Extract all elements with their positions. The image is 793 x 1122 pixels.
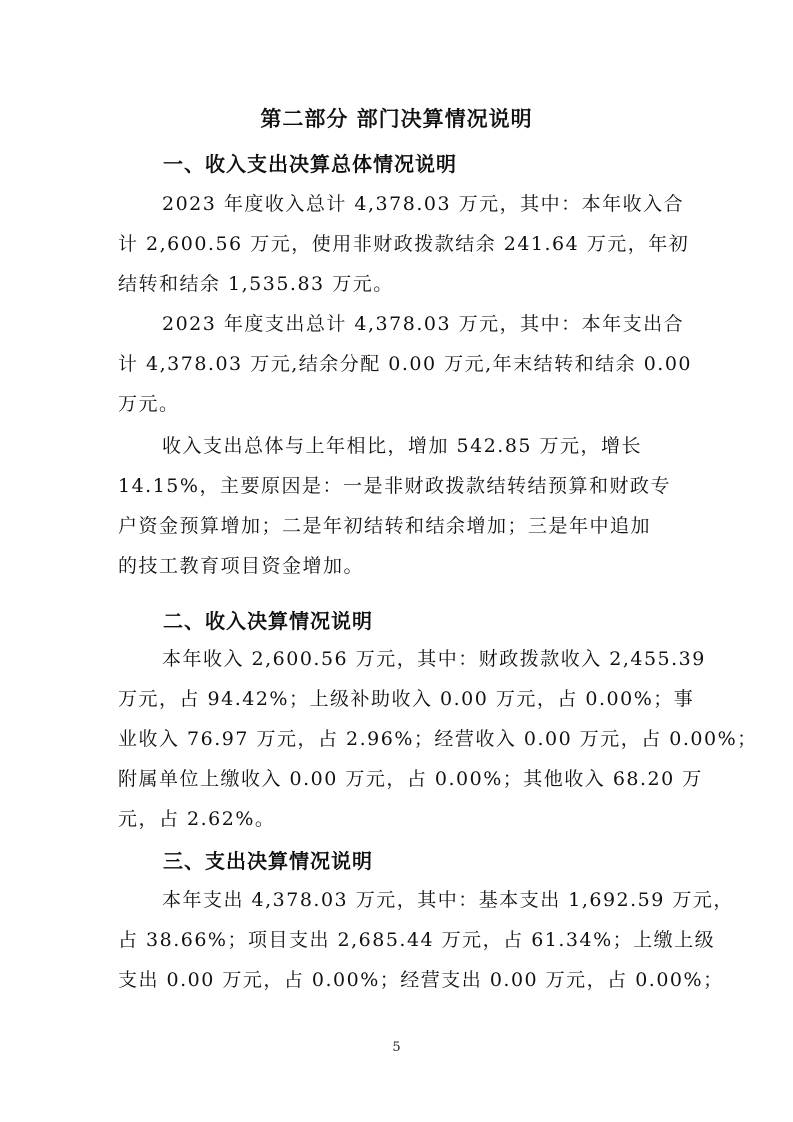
text-line: 收入支出总体与上年相比，增加 542.85 万元，增长 [118, 426, 678, 466]
paragraph-total-income: 2023 年度收入总计 4,378.03 万元，其中：本年收入合 计 2,600… [118, 184, 678, 304]
text-line: 业收入 76.97 万元，占 2.96%；经营收入 0.00 万元，占 0.00… [118, 719, 678, 759]
text-line: 计 4,378.03 万元,结余分配 0.00 万元,年末结转和结余 0.00 [118, 344, 678, 384]
paragraph-expenditure-detail: 本年支出 4,378.03 万元，其中：基本支出 1,692.59 万元， 占 … [118, 880, 678, 1000]
text-line: 2023 年度支出总计 4,378.03 万元，其中：本年支出合 [118, 304, 678, 344]
text-line: 的技工教育项目资金增加。 [118, 546, 678, 586]
paragraph-year-comparison: 收入支出总体与上年相比，增加 542.85 万元，增长 14.15%，主要原因是… [118, 426, 678, 586]
text-line: 本年支出 4,378.03 万元，其中：基本支出 1,692.59 万元， [118, 880, 678, 920]
text-line: 14.15%，主要原因是：一是非财政拨款结转结预算和财政专 [118, 466, 678, 506]
text-line: 万元，占 94.42%；上级补助收入 0.00 万元，占 0.00%；事 [118, 679, 678, 719]
section-heading-overview: 一、收入支出决算总体情况说明 [163, 148, 457, 177]
text-line: 结转和结余 1,535.83 万元。 [118, 264, 678, 304]
text-line: 本年收入 2,600.56 万元，其中：财政拨款收入 2,455.39 [118, 639, 678, 679]
page-number: 5 [0, 1040, 793, 1055]
paragraph-total-expenditure: 2023 年度支出总计 4,378.03 万元，其中：本年支出合 计 4,378… [118, 304, 678, 424]
text-line: 占 38.66%；项目支出 2,685.44 万元，占 61.34%；上缴上级 [118, 920, 678, 960]
text-line: 支出 0.00 万元，占 0.00%；经营支出 0.00 万元，占 0.00%； [118, 960, 678, 1000]
section-heading-income: 二、收入决算情况说明 [163, 605, 373, 634]
text-line: 户资金预算增加；二是年初结转和结余增加；三是年中追加 [118, 506, 678, 546]
section-heading-expenditure: 三、支出决算情况说明 [163, 845, 373, 874]
text-line: 附属单位上缴收入 0.00 万元，占 0.00%；其他收入 68.20 万 [118, 759, 678, 799]
paragraph-income-detail: 本年收入 2,600.56 万元，其中：财政拨款收入 2,455.39 万元，占… [118, 639, 678, 839]
text-line: 2023 年度收入总计 4,378.03 万元，其中：本年收入合 [118, 184, 678, 224]
document-page: 第二部分 部门决算情况说明 一、收入支出决算总体情况说明 2023 年度收入总计… [0, 0, 793, 1122]
text-line: 计 2,600.56 万元，使用非财政拨款结余 241.64 万元，年初 [118, 224, 678, 264]
page-title: 第二部分 部门决算情况说明 [0, 103, 793, 133]
text-line: 万元。 [118, 384, 678, 424]
text-line: 元，占 2.62%。 [118, 799, 678, 839]
